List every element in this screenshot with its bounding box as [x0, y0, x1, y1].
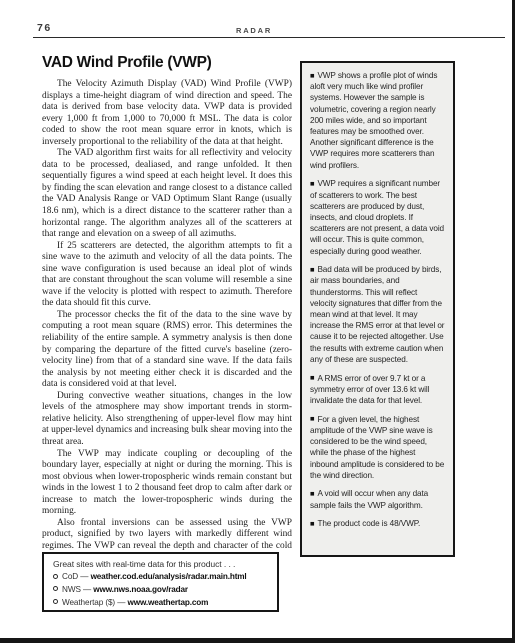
link-separator: —: [117, 598, 125, 607]
sidebar-note-text: A RMS error of over 9.7 kt or a symmetry…: [310, 374, 429, 405]
sidebar-note-text: Bad data will be produced by birds, air …: [310, 265, 444, 364]
link-separator: —: [83, 585, 91, 594]
link-url: weather.cod.edu/analysis/radar.main.html: [91, 572, 247, 581]
link-url: www.nws.noaa.gov/radar: [93, 585, 188, 594]
scan-edge-bottom: [0, 638, 515, 643]
sidebar-note-text: VWP requires a significant number of sca…: [310, 179, 444, 255]
sidebar-note: ■A RMS error of over 9.7 kt or a symmetr…: [310, 373, 445, 407]
page-number: 76: [37, 22, 52, 34]
circle-bullet-icon: [53, 599, 58, 604]
circle-bullet-icon: [53, 586, 58, 591]
article-paragraph: The Velocity Azimuth Display (VAD) Wind …: [42, 79, 292, 148]
sidebar-note: ■Bad data will be produced by birds, air…: [310, 264, 445, 365]
circle-bullet-icon: [53, 574, 58, 579]
link-label: CoD: [62, 572, 78, 581]
article-column: VAD Wind Profile (VWP) The Velocity Azim…: [42, 54, 292, 564]
square-bullet-icon: ■: [310, 265, 314, 274]
related-links-box: Great sites with real-time data for this…: [42, 552, 279, 612]
link-item: NWS — www.nws.noaa.gov/radar: [53, 584, 269, 597]
square-bullet-icon: ■: [310, 179, 314, 188]
sidebar-note: ■A void will occur when any data sample …: [310, 488, 445, 510]
article-paragraph: During convective weather situations, ch…: [42, 391, 292, 449]
square-bullet-icon: ■: [310, 414, 314, 423]
sidebar-note: ■VWP shows a profile plot of winds aloft…: [310, 70, 445, 171]
article-paragraph: The processor checks the fit of the data…: [42, 310, 292, 391]
running-header: RADAR: [236, 26, 272, 35]
sidebar-notes-box: ■VWP shows a profile plot of winds aloft…: [300, 61, 455, 557]
links-box-title: Great sites with real-time data for this…: [53, 558, 269, 570]
link-label: NWS: [62, 585, 81, 594]
sidebar-note-text: For a given level, the highest amplitude…: [310, 415, 444, 480]
square-bullet-icon: ■: [310, 519, 314, 528]
sidebar-note: ■For a given level, the highest amplitud…: [310, 414, 445, 481]
square-bullet-icon: ■: [310, 489, 314, 498]
link-item: CoD — weather.cod.edu/analysis/radar.mai…: [53, 571, 269, 584]
sidebar-note-text: VWP shows a profile plot of winds aloft …: [310, 71, 437, 170]
square-bullet-icon: ■: [310, 373, 314, 382]
link-label: Weathertap ($): [62, 598, 115, 607]
sidebar-note: ■VWP requires a significant number of sc…: [310, 178, 445, 256]
article-title: VAD Wind Profile (VWP): [42, 54, 292, 72]
article-paragraph: If 25 scatterers are detected, the algor…: [42, 241, 292, 310]
link-item: Weathertap ($) — www.weathertap.com: [53, 597, 269, 610]
sidebar-note-text: The product code is 48/VWP.: [317, 519, 420, 528]
article-paragraph: The VAD algorithm first waits for all re…: [42, 148, 292, 240]
square-bullet-icon: ■: [310, 71, 314, 80]
article-paragraph: The VWP may indicate coupling or decoupl…: [42, 449, 292, 518]
page-header: 76 RADAR: [33, 16, 505, 38]
link-url: www.weathertap.com: [128, 598, 209, 607]
sidebar-note: ■The product code is 48/VWP.: [310, 518, 445, 529]
sidebar-note-text: A void will occur when any data sample f…: [310, 489, 428, 509]
book-page: 76 RADAR VAD Wind Profile (VWP) The Velo…: [0, 0, 515, 643]
link-separator: —: [80, 572, 88, 581]
